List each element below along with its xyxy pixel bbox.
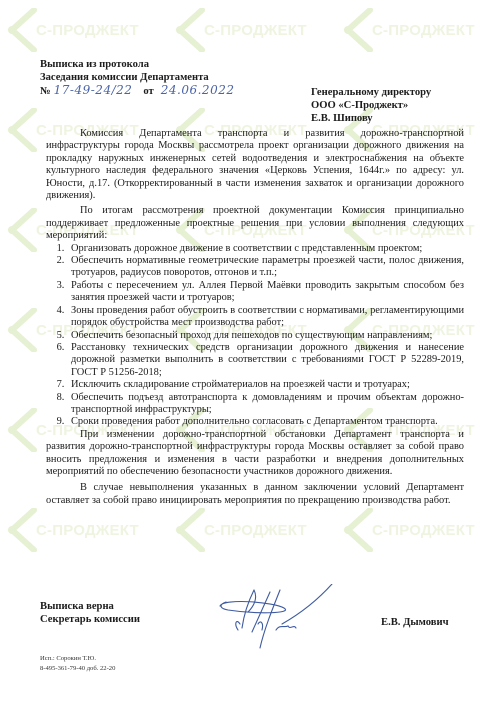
- paragraph-changes: При изменении дорожно-транспортной обста…: [46, 429, 464, 479]
- condition-item: Исключить складирование стройматериалов …: [67, 379, 464, 391]
- executor-name: Исп.: Сорокин Т.Ю.: [40, 654, 115, 664]
- condition-item: Обеспечить подъезд автотранспорта к домо…: [67, 392, 464, 417]
- secretary-label: Секретарь комиссии: [40, 613, 140, 626]
- document-body: Комиссия Департамента транспорта и разви…: [46, 128, 464, 507]
- protocol-header: Выписка из протокола Заседания комиссии …: [40, 59, 234, 99]
- condition-item: Работы с пересечением ул. Аллея Первой М…: [67, 280, 464, 305]
- condition-item: Обеспечить безопасный проход для пешеход…: [67, 330, 464, 342]
- protocol-title: Выписка из протокола: [40, 59, 234, 72]
- condition-item: Организовать дорожное движение в соответ…: [67, 243, 464, 255]
- number-prefix: №: [40, 86, 51, 99]
- certification-block: Выписка верна Секретарь комиссии: [40, 600, 140, 626]
- date-prefix: от: [143, 86, 153, 99]
- paragraph-review: Комиссия Департамента транспорта и разви…: [46, 128, 464, 202]
- paragraph-noncompliance: В случае невыполнения указанных в данном…: [46, 482, 464, 507]
- protocol-number: 17-49-24/22: [54, 84, 133, 97]
- condition-item: Обеспечить нормативные геометрические па…: [67, 255, 464, 280]
- executor-info: Исп.: Сорокин Т.Ю. 8-495-361-79-40 доб. …: [40, 654, 115, 674]
- certified-label: Выписка верна: [40, 600, 140, 613]
- condition-item: Расстановку технических средств организа…: [67, 342, 464, 379]
- protocol-number-line: № 17-49-24/22 от 24.06.2022: [40, 84, 234, 99]
- recipient-name: Е.В. Шипову: [311, 112, 431, 125]
- recipient-block: Генеральному директору ООО «С-Проджект» …: [311, 86, 431, 125]
- recipient-company: ООО «С-Проджект»: [311, 99, 431, 112]
- document-page: Выписка из протокола Заседания комиссии …: [0, 0, 500, 706]
- executor-phone: 8-495-361-79-40 доб. 22-20: [40, 664, 115, 674]
- conditions-list: Организовать дорожное движение в соответ…: [46, 243, 464, 429]
- paragraph-decision: По итогам рассмотрения проектной докумен…: [46, 205, 464, 242]
- secretary-name: Е.В. Дымович: [381, 617, 449, 628]
- condition-item: Зоны проведения работ обустроить в соотв…: [67, 305, 464, 330]
- protocol-date: 24.06.2022: [161, 84, 235, 97]
- recipient-position: Генеральному директору: [311, 86, 431, 99]
- signature-icon: [214, 584, 344, 656]
- condition-item: Сроки проведения работ дополнительно сог…: [67, 416, 464, 428]
